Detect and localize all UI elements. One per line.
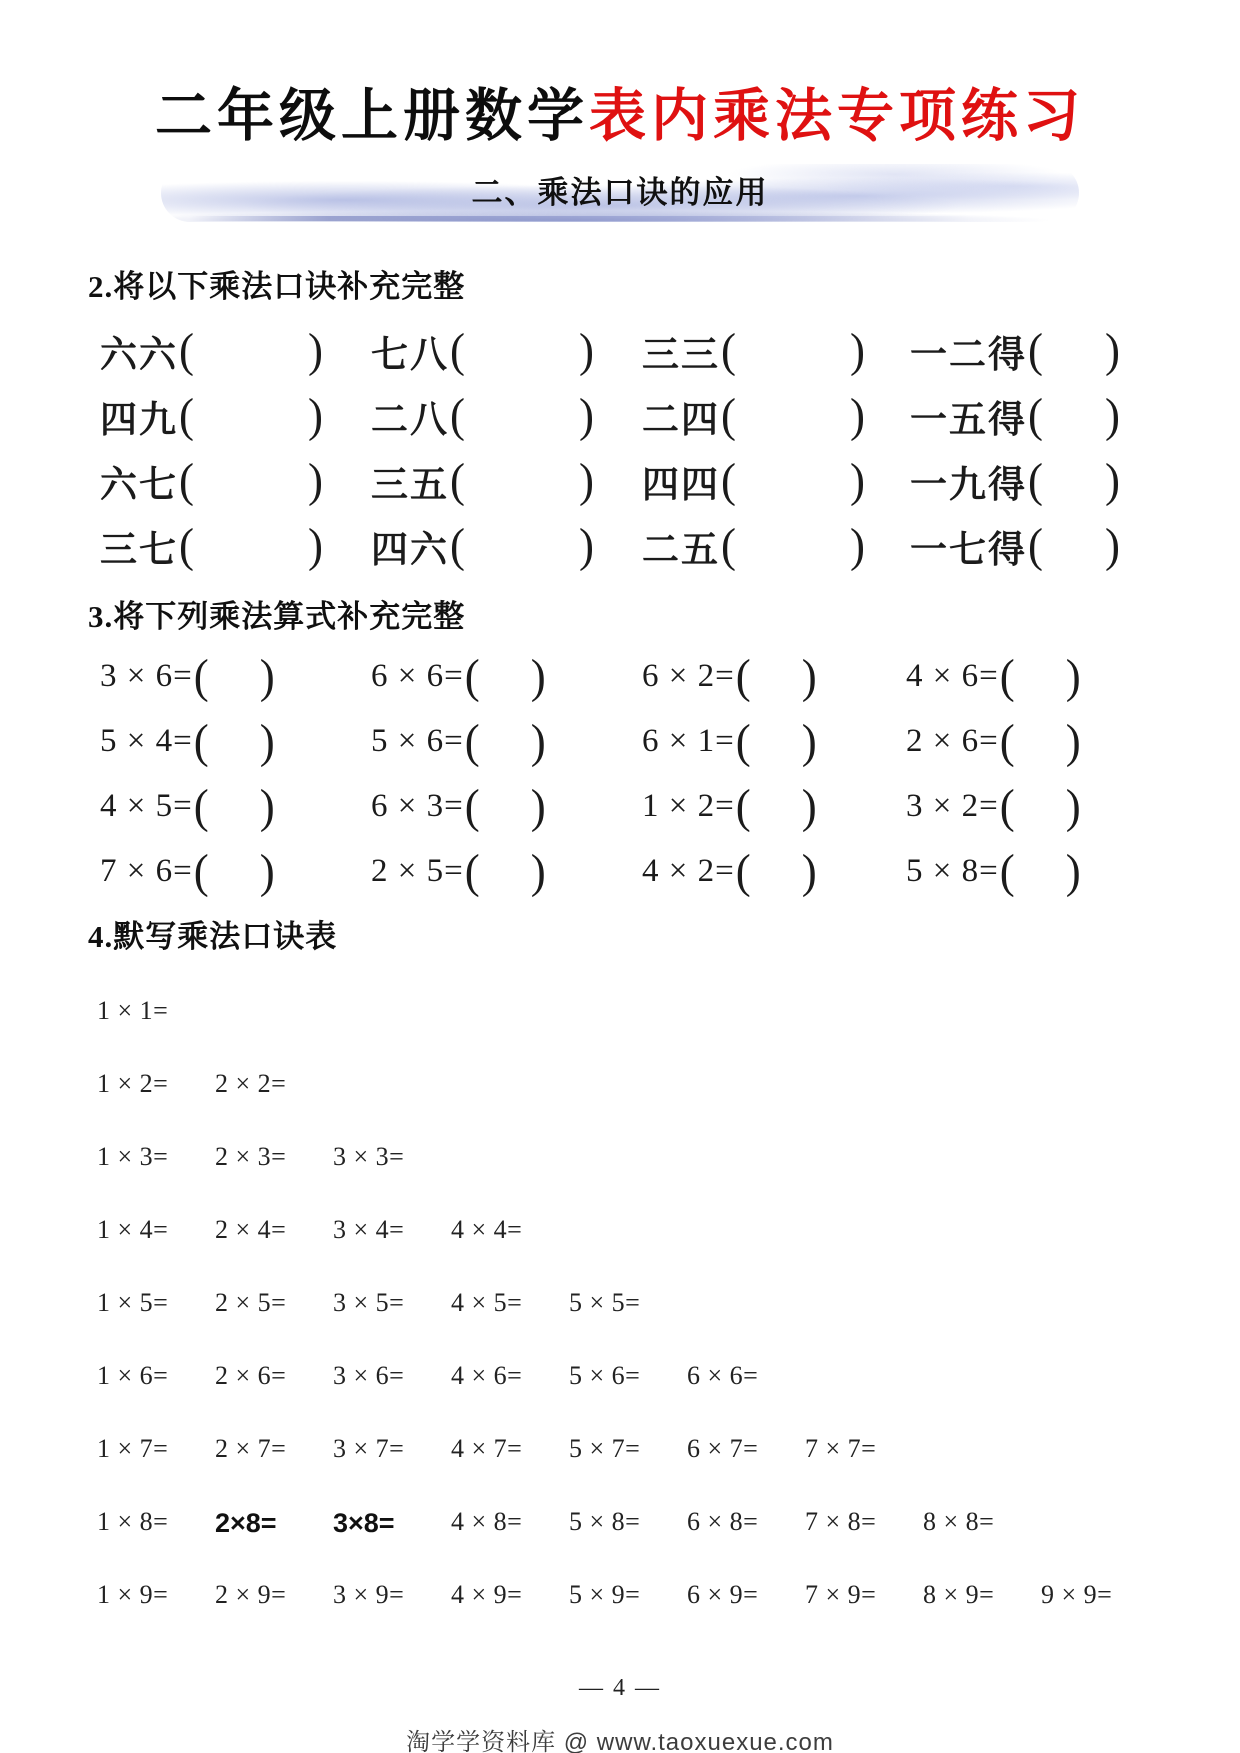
cue-text: 三五 — [371, 454, 449, 508]
table-equation: 1 × 6= — [97, 1361, 215, 1391]
cue-item: 一九得() — [910, 454, 1240, 508]
answer-blank — [1044, 545, 1104, 546]
section3-heading: 3.将下列乘法算式补充完整 — [0, 598, 1240, 636]
equation-text: 6 × 2= — [642, 658, 735, 695]
answer-blank — [1017, 676, 1065, 677]
equation-text: 2 × 5= — [371, 853, 464, 890]
subtitle: 二、乘法口诀的应用 — [161, 164, 1079, 222]
table-equation: 1 × 1= — [97, 996, 215, 1026]
equation-item: 4 × 6=() — [906, 654, 1240, 699]
close-paren: ) — [530, 848, 548, 896]
open-paren: ( — [449, 522, 466, 570]
cue-text: 四六 — [371, 519, 449, 573]
table-equation: 2 × 6= — [215, 1361, 333, 1391]
open-paren: ( — [1027, 522, 1044, 570]
open-paren: ( — [999, 783, 1017, 831]
table-equation: 4 × 9= — [451, 1580, 569, 1610]
open-paren: ( — [999, 718, 1017, 766]
equation-row: 7 × 6=()2 × 5=()4 × 2=()5 × 8=() — [0, 839, 1240, 904]
table-equation: 2 × 4= — [215, 1215, 333, 1245]
open-paren: ( — [735, 783, 753, 831]
close-paren: ) — [1104, 392, 1121, 440]
close-paren: ) — [849, 327, 866, 375]
cue-row: 三七()四六()二五()一七得() — [0, 513, 1240, 578]
close-paren: ) — [1104, 327, 1121, 375]
cue-item: 三三() — [642, 324, 910, 378]
table-equation: 1 × 5= — [97, 1288, 215, 1318]
close-paren: ) — [578, 457, 595, 505]
open-paren: ( — [193, 783, 211, 831]
open-paren: ( — [193, 653, 211, 701]
open-paren: ( — [449, 457, 466, 505]
table-equation: 6 × 6= — [687, 1361, 805, 1391]
table-equation: 3 × 9= — [333, 1580, 451, 1610]
answer-blank — [1044, 350, 1104, 351]
answer-blank — [195, 415, 307, 416]
close-paren: ) — [530, 718, 548, 766]
answer-blank — [482, 871, 530, 872]
open-paren: ( — [464, 653, 482, 701]
table-equation: 7 × 7= — [805, 1434, 923, 1464]
cue-text: 四九 — [100, 389, 178, 443]
answer-blank — [1017, 871, 1065, 872]
equation-item: 6 × 2=() — [642, 654, 906, 699]
answer-blank — [195, 480, 307, 481]
section4-heading: 4.默写乘法口诀表 — [0, 918, 1240, 956]
close-paren: ) — [530, 783, 548, 831]
equation-text: 4 × 6= — [906, 658, 999, 695]
table-row: 1 × 4=2 × 4=3 × 4=4 × 4= — [0, 1193, 1240, 1266]
cue-text: 二四 — [642, 389, 720, 443]
open-paren: ( — [735, 848, 753, 896]
close-paren: ) — [1065, 653, 1083, 701]
answer-blank — [195, 350, 307, 351]
cue-text: 六七 — [100, 454, 178, 508]
section-cue-fill: 2.将以下乘法口诀补充完整 六六()七八()三三()一二得()四九()二八()二… — [0, 268, 1240, 578]
answer-blank — [753, 676, 801, 677]
table-equation: 6 × 7= — [687, 1434, 805, 1464]
title-black-part: 二年级上册数学 — [155, 85, 589, 148]
section-equation-fill: 3.将下列乘法算式补充完整 3 × 6=()6 × 6=()6 × 2=()4 … — [0, 598, 1240, 904]
table-equation: 2 × 2= — [215, 1069, 333, 1099]
section-multiplication-table: 4.默写乘法口诀表 1 × 1=1 × 2=2 × 2=1 × 3=2 × 3=… — [0, 918, 1240, 1631]
equation-text: 5 × 6= — [371, 723, 464, 760]
close-paren: ) — [578, 327, 595, 375]
close-paren: ) — [849, 392, 866, 440]
table-row: 1 × 1= — [0, 974, 1240, 1047]
open-paren: ( — [464, 718, 482, 766]
open-paren: ( — [999, 848, 1017, 896]
open-paren: ( — [449, 392, 466, 440]
cue-row: 六六()七八()三三()一二得() — [0, 318, 1240, 383]
answer-blank — [753, 871, 801, 872]
table-equation: 7 × 9= — [805, 1580, 923, 1610]
answer-blank — [211, 676, 259, 677]
cue-text: 一七得 — [910, 519, 1027, 573]
open-paren: ( — [178, 327, 195, 375]
answer-blank — [737, 480, 849, 481]
table-equation: 4 × 7= — [451, 1434, 569, 1464]
equation-item: 6 × 3=() — [371, 784, 642, 829]
table-equation: 3 × 6= — [333, 1361, 451, 1391]
table-equation: 5 × 5= — [569, 1288, 687, 1318]
cue-item: 四四() — [642, 454, 910, 508]
table-equation: 3 × 3= — [333, 1142, 451, 1172]
table-equation: 6 × 8= — [687, 1507, 805, 1537]
table-equation: 4 × 6= — [451, 1361, 569, 1391]
open-paren: ( — [464, 783, 482, 831]
open-paren: ( — [735, 718, 753, 766]
equation-item: 7 × 6=() — [100, 849, 371, 894]
cue-item: 二八() — [371, 389, 642, 443]
close-paren: ) — [801, 718, 819, 766]
equation-text: 6 × 3= — [371, 788, 464, 825]
section3-rows: 3 × 6=()6 × 6=()6 × 2=()4 × 6=()5 × 4=()… — [0, 644, 1240, 904]
cue-text: 二五 — [642, 519, 720, 573]
open-paren: ( — [178, 522, 195, 570]
close-paren: ) — [530, 653, 548, 701]
answer-blank — [1044, 480, 1104, 481]
table-equation: 4 × 8= — [451, 1507, 569, 1537]
cue-item: 一五得() — [910, 389, 1240, 443]
cue-text: 三三 — [642, 324, 720, 378]
page-footer: — 4 — 淘学学资料库 @ www.taoxuexue.com — [0, 1675, 1240, 1753]
cue-item: 二四() — [642, 389, 910, 443]
equation-item: 6 × 6=() — [371, 654, 642, 699]
worksheet-page: 二年级上册数学表内乘法专项练习 二、乘法口诀的应用 2.将以下乘法口诀补充完整 … — [0, 0, 1240, 1753]
table-equation: 5 × 9= — [569, 1580, 687, 1610]
table-equation: 9 × 9= — [1041, 1580, 1159, 1610]
table-row: 1 × 8=2×8=3×8=4 × 8=5 × 8=6 × 8=7 × 8=8 … — [0, 1485, 1240, 1558]
table-equation: 2×8= — [215, 1508, 333, 1539]
table-row: 1 × 5=2 × 5=3 × 5=4 × 5=5 × 5= — [0, 1266, 1240, 1339]
equation-item: 4 × 2=() — [642, 849, 906, 894]
table-equation: 6 × 9= — [687, 1580, 805, 1610]
table-equation: 3×8= — [333, 1508, 451, 1539]
cue-item: 三五() — [371, 454, 642, 508]
close-paren: ) — [1104, 522, 1121, 570]
table-equation: 1 × 7= — [97, 1434, 215, 1464]
cue-row: 六七()三五()四四()一九得() — [0, 448, 1240, 513]
cue-text: 六六 — [100, 324, 178, 378]
close-paren: ) — [801, 848, 819, 896]
equation-item: 1 × 2=() — [642, 784, 906, 829]
open-paren: ( — [720, 392, 737, 440]
table-equation: 2 × 3= — [215, 1142, 333, 1172]
equation-text: 2 × 6= — [906, 723, 999, 760]
cue-row: 四九()二八()二四()一五得() — [0, 383, 1240, 448]
answer-blank — [1044, 415, 1104, 416]
table-equation: 3 × 5= — [333, 1288, 451, 1318]
close-paren: ) — [849, 457, 866, 505]
table-equation: 1 × 8= — [97, 1507, 215, 1537]
equation-item: 5 × 8=() — [906, 849, 1240, 894]
table-equation: 2 × 9= — [215, 1580, 333, 1610]
answer-blank — [1017, 741, 1065, 742]
equation-text: 6 × 1= — [642, 723, 735, 760]
open-paren: ( — [1027, 392, 1044, 440]
close-paren: ) — [259, 848, 277, 896]
close-paren: ) — [307, 522, 324, 570]
table-row: 1 × 2=2 × 2= — [0, 1047, 1240, 1120]
equation-row: 4 × 5=()6 × 3=()1 × 2=()3 × 2=() — [0, 774, 1240, 839]
cue-item: 三七() — [100, 519, 371, 573]
answer-blank — [753, 741, 801, 742]
cue-text: 四四 — [642, 454, 720, 508]
cue-text: 一九得 — [910, 454, 1027, 508]
close-paren: ) — [307, 392, 324, 440]
table-equation: 1 × 2= — [97, 1069, 215, 1099]
table-equation: 2 × 5= — [215, 1288, 333, 1318]
close-paren: ) — [307, 457, 324, 505]
open-paren: ( — [449, 327, 466, 375]
equation-item: 5 × 4=() — [100, 719, 371, 764]
table-equation: 4 × 5= — [451, 1288, 569, 1318]
table-equation: 8 × 9= — [923, 1580, 1041, 1610]
answer-blank — [195, 545, 307, 546]
table-equation: 5 × 8= — [569, 1507, 687, 1537]
open-paren: ( — [735, 653, 753, 701]
close-paren: ) — [1065, 718, 1083, 766]
equation-item: 2 × 5=() — [371, 849, 642, 894]
table-equation: 1 × 4= — [97, 1215, 215, 1245]
answer-blank — [211, 741, 259, 742]
section4-rows: 1 × 1=1 × 2=2 × 2=1 × 3=2 × 3=3 × 3=1 × … — [0, 974, 1240, 1631]
table-row: 1 × 6=2 × 6=3 × 6=4 × 6=5 × 6=6 × 6= — [0, 1339, 1240, 1412]
close-paren: ) — [578, 392, 595, 440]
table-equation: 8 × 8= — [923, 1507, 1041, 1537]
equation-item: 4 × 5=() — [100, 784, 371, 829]
answer-blank — [737, 545, 849, 546]
cue-text: 一五得 — [910, 389, 1027, 443]
cue-item: 六七() — [100, 454, 371, 508]
close-paren: ) — [801, 783, 819, 831]
close-paren: ) — [259, 653, 277, 701]
table-equation: 2 × 7= — [215, 1434, 333, 1464]
cue-item: 七八() — [371, 324, 642, 378]
answer-blank — [211, 806, 259, 807]
answer-blank — [466, 350, 578, 351]
equation-text: 6 × 6= — [371, 658, 464, 695]
answer-blank — [211, 871, 259, 872]
answer-blank — [466, 415, 578, 416]
cue-item: 一二得() — [910, 324, 1240, 378]
equation-item: 6 × 1=() — [642, 719, 906, 764]
cue-item: 四六() — [371, 519, 642, 573]
equation-text: 3 × 2= — [906, 788, 999, 825]
answer-blank — [466, 545, 578, 546]
answer-blank — [737, 415, 849, 416]
page-title: 二年级上册数学表内乘法专项练习 — [0, 0, 1240, 150]
cue-item: 六六() — [100, 324, 371, 378]
cue-text: 一二得 — [910, 324, 1027, 378]
close-paren: ) — [1065, 783, 1083, 831]
subtitle-banner: 二、乘法口诀的应用 — [161, 164, 1079, 222]
equation-text: 7 × 6= — [100, 853, 193, 890]
cue-text: 三七 — [100, 519, 178, 573]
table-equation: 7 × 8= — [805, 1507, 923, 1537]
close-paren: ) — [307, 327, 324, 375]
cue-item: 一七得() — [910, 519, 1240, 573]
equation-item: 3 × 6=() — [100, 654, 371, 699]
equation-row: 5 × 4=()5 × 6=()6 × 1=()2 × 6=() — [0, 709, 1240, 774]
open-paren: ( — [999, 653, 1017, 701]
table-equation: 5 × 7= — [569, 1434, 687, 1464]
section2-rows: 六六()七八()三三()一二得()四九()二八()二四()一五得()六七()三五… — [0, 318, 1240, 578]
close-paren: ) — [1065, 848, 1083, 896]
close-paren: ) — [259, 718, 277, 766]
answer-blank — [482, 741, 530, 742]
table-equation: 3 × 4= — [333, 1215, 451, 1245]
cue-item: 四九() — [100, 389, 371, 443]
page-number: — 4 — — [0, 1675, 1240, 1702]
close-paren: ) — [259, 783, 277, 831]
cue-item: 二五() — [642, 519, 910, 573]
answer-blank — [1017, 806, 1065, 807]
table-equation: 5 × 6= — [569, 1361, 687, 1391]
cue-text: 二八 — [371, 389, 449, 443]
equation-text: 5 × 4= — [100, 723, 193, 760]
open-paren: ( — [178, 457, 195, 505]
table-equation: 1 × 9= — [97, 1580, 215, 1610]
open-paren: ( — [720, 327, 737, 375]
close-paren: ) — [1104, 457, 1121, 505]
table-equation: 1 × 3= — [97, 1142, 215, 1172]
open-paren: ( — [193, 718, 211, 766]
title-red-part: 表内乘法专项练习 — [589, 85, 1085, 148]
equation-text: 5 × 8= — [906, 853, 999, 890]
open-paren: ( — [1027, 457, 1044, 505]
table-row: 1 × 3=2 × 3=3 × 3= — [0, 1120, 1240, 1193]
open-paren: ( — [193, 848, 211, 896]
open-paren: ( — [178, 392, 195, 440]
answer-blank — [466, 480, 578, 481]
close-paren: ) — [801, 653, 819, 701]
equation-item: 2 × 6=() — [906, 719, 1240, 764]
equation-text: 1 × 2= — [642, 788, 735, 825]
watermark: 淘学学资料库 @ www.taoxuexue.com — [0, 1722, 1240, 1753]
equation-row: 3 × 6=()6 × 6=()6 × 2=()4 × 6=() — [0, 644, 1240, 709]
section2-heading: 2.将以下乘法口诀补充完整 — [0, 268, 1240, 306]
open-paren: ( — [464, 848, 482, 896]
equation-text: 3 × 6= — [100, 658, 193, 695]
open-paren: ( — [720, 522, 737, 570]
open-paren: ( — [720, 457, 737, 505]
table-row: 1 × 7=2 × 7=3 × 7=4 × 7=5 × 7=6 × 7=7 × … — [0, 1412, 1240, 1485]
answer-blank — [737, 350, 849, 351]
equation-text: 4 × 5= — [100, 788, 193, 825]
equation-item: 3 × 2=() — [906, 784, 1240, 829]
close-paren: ) — [578, 522, 595, 570]
answer-blank — [482, 676, 530, 677]
close-paren: ) — [849, 522, 866, 570]
table-equation: 4 × 4= — [451, 1215, 569, 1245]
answer-blank — [482, 806, 530, 807]
table-row: 1 × 9=2 × 9=3 × 9=4 × 9=5 × 9=6 × 9=7 × … — [0, 1558, 1240, 1631]
table-equation: 3 × 7= — [333, 1434, 451, 1464]
answer-blank — [753, 806, 801, 807]
equation-item: 5 × 6=() — [371, 719, 642, 764]
equation-text: 4 × 2= — [642, 853, 735, 890]
open-paren: ( — [1027, 327, 1044, 375]
cue-text: 七八 — [371, 324, 449, 378]
